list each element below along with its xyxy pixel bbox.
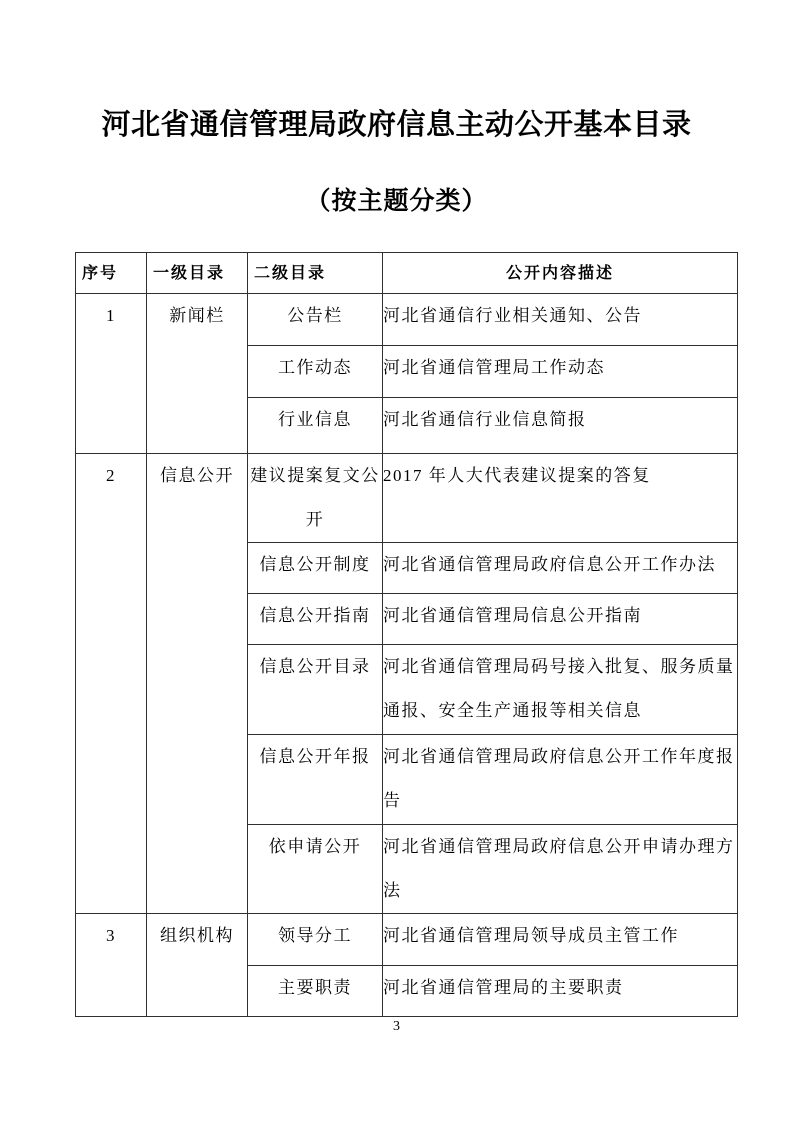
desc-cell: 河北省通信管理局码号接入批复、服务质量通报、安全生产通报等相关信息 (383, 645, 738, 735)
col-header-level1: 一级目录 (147, 253, 248, 294)
level2-cell: 信息公开目录 (248, 645, 383, 735)
desc-cell: 河北省通信管理局政府信息公开工作年度报告 (383, 735, 738, 825)
level1-cell: 新闻栏 (147, 294, 248, 454)
desc-cell: 河北省通信管理局工作动态 (383, 346, 738, 398)
page-number: 3 (0, 1019, 793, 1035)
index-cell: 1 (76, 294, 147, 454)
desc-cell: 2017 年人大代表建议提案的答复 (383, 454, 738, 543)
desc-cell: 河北省通信管理局政府信息公开申请办理方法 (383, 825, 738, 914)
disclosure-catalog-table: 序号 一级目录 二级目录 公开内容描述 1 新闻栏 公告栏 河北省通信行业相关通… (75, 252, 738, 1017)
table-row: 2 信息公开 建议提案复文公开 2017 年人大代表建议提案的答复 (76, 454, 738, 543)
document-subtitle: （按主题分类） (0, 186, 793, 216)
level2-cell: 行业信息 (248, 398, 383, 454)
desc-cell: 河北省通信行业相关通知、公告 (383, 294, 738, 346)
level2-cell: 建议提案复文公开 (248, 454, 383, 543)
desc-cell: 河北省通信管理局政府信息公开工作办法 (383, 543, 738, 594)
document-title: 河北省通信管理局政府信息主动公开基本目录 (0, 108, 793, 142)
table-row: 3 组织机构 领导分工 河北省通信管理局领导成员主管工作 (76, 914, 738, 966)
desc-cell: 河北省通信管理局的主要职责 (383, 966, 738, 1017)
level2-cell: 信息公开指南 (248, 594, 383, 645)
col-header-level2: 二级目录 (248, 253, 383, 294)
level2-cell: 主要职责 (248, 966, 383, 1017)
desc-cell: 河北省通信管理局信息公开指南 (383, 594, 738, 645)
table-header-row: 序号 一级目录 二级目录 公开内容描述 (76, 253, 738, 294)
col-header-desc: 公开内容描述 (383, 253, 738, 294)
level2-cell: 信息公开年报 (248, 735, 383, 825)
col-header-index: 序号 (76, 253, 147, 294)
level2-cell: 领导分工 (248, 914, 383, 966)
index-cell: 3 (76, 914, 147, 1017)
level2-cell: 依申请公开 (248, 825, 383, 914)
desc-cell: 河北省通信行业信息简报 (383, 398, 738, 454)
level1-cell: 信息公开 (147, 454, 248, 914)
document-page: 河北省通信管理局政府信息主动公开基本目录 （按主题分类） 序号 一级目录 二级目… (0, 0, 793, 1122)
table-row: 1 新闻栏 公告栏 河北省通信行业相关通知、公告 (76, 294, 738, 346)
level2-cell: 信息公开制度 (248, 543, 383, 594)
index-cell: 2 (76, 454, 147, 914)
level2-cell: 工作动态 (248, 346, 383, 398)
desc-cell: 河北省通信管理局领导成员主管工作 (383, 914, 738, 966)
level2-cell: 公告栏 (248, 294, 383, 346)
level1-cell: 组织机构 (147, 914, 248, 1017)
